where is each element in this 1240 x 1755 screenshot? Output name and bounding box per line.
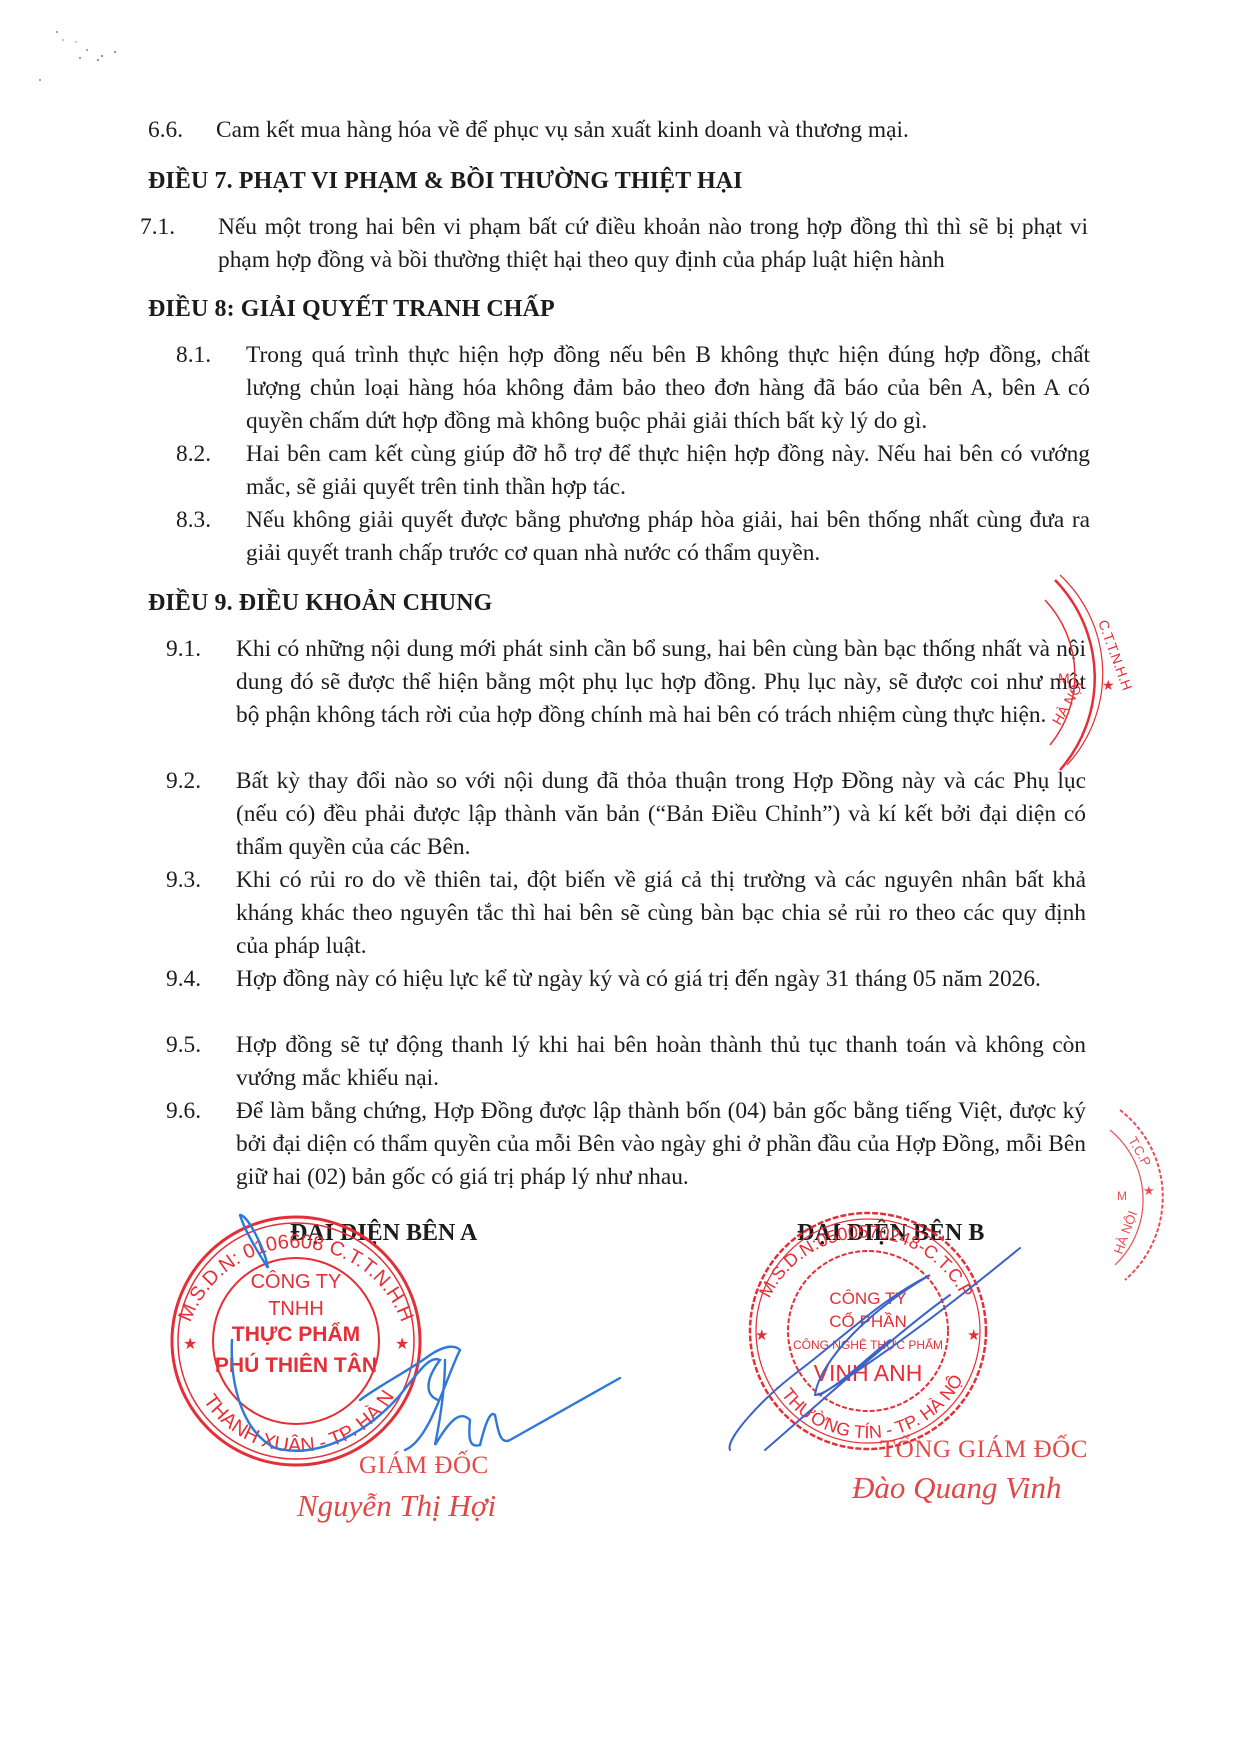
signature-party-a xyxy=(232,1215,620,1451)
svg-text:★: ★ xyxy=(395,1336,409,1353)
party-a-name: Nguyễn Thị Hợi xyxy=(297,1488,496,1524)
svg-text:M: M xyxy=(1117,1189,1127,1203)
svg-text:★: ★ xyxy=(1102,677,1115,693)
svg-text:★: ★ xyxy=(755,1327,768,1344)
svg-text:CÔNG TY: CÔNG TY xyxy=(829,1289,906,1308)
contract-page: 6.6. Cam kết mua hàng hóa về để phục vụ … xyxy=(0,0,1240,1755)
svg-text:VINH ANH: VINH ANH xyxy=(814,1360,923,1386)
party-b-name: Đào Quang Vinh xyxy=(852,1470,1062,1506)
svg-text:HÀ NỘI: HÀ NỘI xyxy=(1111,1209,1140,1256)
clause-text: Khi có rủi ro do về thiên tai, đột biến … xyxy=(236,864,1086,963)
clause-number: 9.3. xyxy=(166,864,201,897)
clause-number: 9.5. xyxy=(166,1029,201,1062)
signature-party-b xyxy=(730,1248,1020,1450)
clause-text: Hợp đồng sẽ tự động thanh lý khi hai bên… xyxy=(236,1029,1086,1095)
clause-number: 9.2. xyxy=(166,765,201,798)
clause-number: 9.1. xyxy=(166,633,201,666)
svg-text:THỰC PHẨM: THỰC PHẨM xyxy=(232,1323,360,1346)
party-b-title: ĐẠI DIỆN BÊN B xyxy=(797,1220,984,1247)
clause-text: Khi có những nội dung mới phát sinh cần … xyxy=(236,633,1086,732)
party-a-title: ĐẠI DIỆN BÊN A xyxy=(290,1220,477,1247)
clause-number: 8.1. xyxy=(176,339,211,372)
clause-text: Để làm bằng chứng, Hợp Đồng được lập thà… xyxy=(236,1095,1086,1194)
svg-text:C.T.T.N.H.H: C.T.T.N.H.H xyxy=(1095,618,1135,693)
clause-text: Cam kết mua hàng hóa về để phục vụ sản x… xyxy=(216,114,1046,147)
party-b-role: TỔNG GIÁM ĐỐC xyxy=(880,1436,1088,1464)
clause-text: Bất kỳ thay đổi nào so với nội dung đã t… xyxy=(236,765,1086,864)
clause-text: Nếu một trong hai bên vi phạm bất cứ điề… xyxy=(218,211,1088,277)
party-a-role: GIÁM ĐỐC xyxy=(359,1452,489,1480)
svg-text:PHÚ THIÊN TÂN: PHÚ THIÊN TÂN xyxy=(215,1353,377,1377)
clause-text: Trong quá trình thực hiện hợp đồng nếu b… xyxy=(246,339,1090,438)
clause-text: Hai bên cam kết cùng giúp đỡ hỗ trợ để t… xyxy=(246,438,1090,504)
margin-seal-2: T.C.P ★ HÀ NỘI M xyxy=(1110,1110,1163,1280)
svg-text:CÔNG TY: CÔNG TY xyxy=(251,1270,342,1293)
clause-text: Hợp đồng này có hiệu lực kể từ ngày ký v… xyxy=(236,963,1086,996)
clause-number: 8.2. xyxy=(176,438,211,471)
clause-number: 6.6. xyxy=(148,114,183,147)
svg-text:★: ★ xyxy=(967,1327,980,1344)
clause-number: 8.3. xyxy=(176,504,211,537)
svg-text:T.C.P: T.C.P xyxy=(1125,1134,1154,1169)
clause-text: Nếu không giải quyết được bằng phương ph… xyxy=(246,504,1090,570)
svg-text:★: ★ xyxy=(183,1336,197,1353)
svg-text:CỔ PHẦN: CỔ PHẦN xyxy=(829,1312,906,1331)
svg-text:TNHH: TNHH xyxy=(268,1298,324,1320)
svg-text:★: ★ xyxy=(1143,1183,1155,1198)
svg-text:CÔNG NGHỆ THỰC PHẨM: CÔNG NGHỆ THỰC PHẨM xyxy=(793,1337,943,1352)
clause-number: 9.4. xyxy=(166,963,201,996)
heading-article-9: ĐIỀU 9. ĐIỀU KHOẢN CHUNG xyxy=(148,590,492,617)
heading-article-7: ĐIỀU 7. PHẠT VI PHẠM & BỒI THƯỜNG THIỆT … xyxy=(148,168,743,195)
clause-number: 7.1. xyxy=(140,211,175,244)
clause-number: 9.6. xyxy=(166,1095,201,1128)
heading-article-8: ĐIỀU 8: GIẢI QUYẾT TRANH CHẤP xyxy=(148,296,555,323)
scan-specks xyxy=(30,30,120,90)
